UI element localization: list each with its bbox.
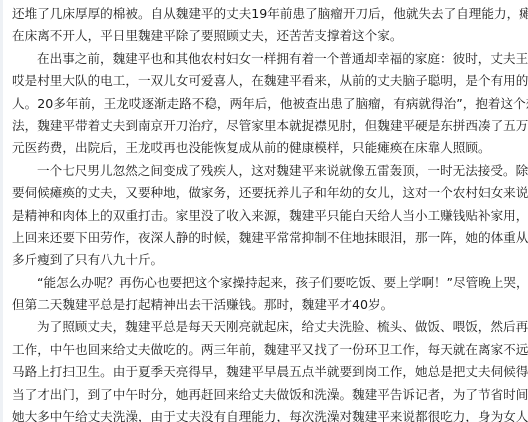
text-line: 但第二天魏建平总是打起精神出去干活赚钱。那时，魏建平才40岁。 xyxy=(12,294,524,316)
text-line: 在出事之前，魏建平也和其他农村妇女一样拥有着一个普通却幸福的家庭：彼时，丈夫王龙 xyxy=(12,48,524,70)
text-line-content: 在出事之前，魏建平也和其他农村妇女一样拥有着一个普通却幸福的家庭：彼时，丈夫王龙 xyxy=(37,51,528,66)
text-line: 还堆了几床厚厚的棉被。自从魏建平的丈夫19年前患了脑瘤开刀后，他就失去了自理能力… xyxy=(12,3,524,25)
paragraph-4: “能怎么办呢？再伤心也要把这个家操持起来，孩子们要吃饭、要上学啊！”尽管晚上哭，… xyxy=(12,272,524,317)
text-line-content: 一个七尺男儿忽然之间变成了残疾人，这对魏建平来说就像五雷轰顶，一时无法接受。除了 xyxy=(37,163,528,178)
paragraph-5: 为了照顾丈夫，魏建平总是每天天刚亮就起床，给丈夫洗脸、梳头、做饭、喂饭，然后再去… xyxy=(12,316,524,422)
text-line: 马路上打扫卫生。由于夏季天亮得早，魏建平早晨五点半就要到岗工作，她总是把丈夫伺候… xyxy=(12,361,524,383)
article-body: 还堆了几床厚厚的棉被。自从魏建平的丈夫19年前患了脑瘤开刀后，他就失去了自理能力… xyxy=(12,3,524,422)
text-line: 法，魏建平带着丈夫到南京开刀治疗，尽管家里本就捉襟见肘，但魏建平硬是东拼西凑了五… xyxy=(12,115,524,137)
text-line: 人。20多年前，王龙哎逐渐走路不稳，两年后，他被查出患了脑瘤，有病就得治”，抱着… xyxy=(12,93,524,115)
text-line: 元医药费，出院后，王龙哎再也没能恢复成从前的健康模样，只能瘫痪在床靠人照顾。 xyxy=(12,137,524,159)
paragraph-2: 在出事之前，魏建平也和其他农村妇女一样拥有着一个普通却幸福的家庭：彼时，丈夫王龙… xyxy=(12,48,524,160)
text-line: “能怎么办呢？再伤心也要把这个家操持起来，孩子们要吃饭、要上学啊！”尽管晚上哭， xyxy=(12,272,524,294)
text-line-content: “能怎么办呢？再伤心也要把这个家操持起来，孩子们要吃饭、要上学啊！”尽管晚上哭， xyxy=(37,275,528,290)
text-line: 她大多中午给丈夫洗澡，由于丈夫没有自理能力，每次洗澡对魏建平来说都很吃力，身为女… xyxy=(12,406,524,422)
paragraph-1: 还堆了几床厚厚的棉被。自从魏建平的丈夫19年前患了脑瘤开刀后，他就失去了自理能力… xyxy=(12,3,524,48)
text-line: 当了才出门，到了中午时分，她再赶回来给丈夫做饭和洗澡。魏建平告诉记者，为了节省时… xyxy=(12,384,524,406)
text-line: 多斤瘦到了只有八九十斤。 xyxy=(12,249,524,271)
text-line-content: 为了照顾丈夫，魏建平总是每天天刚亮就起床，给丈夫洗脸、梳头、做饭、喂饭，然后再去 xyxy=(37,319,528,334)
text-line: 是精神和肉体上的双重打击。家里没了收入来源，魏建平只能白天给人当小工赚钱贴补家用… xyxy=(12,205,524,227)
text-line: 一个七尺男儿忽然之间变成了残疾人，这对魏建平来说就像五雷轰顶，一时无法接受。除了 xyxy=(12,160,524,182)
text-line: 工作，中午也回来给丈夫做吃的。两三年前，魏建平又找了一份环卫工作，每天就在离家不… xyxy=(12,339,524,361)
text-line: 哎是村里大队的电工，一双儿女可爱喜人，在魏建平看来，从前的丈夫脑子聪明，是个有用… xyxy=(12,70,524,92)
text-line: 要伺候瘫痪的丈夫，又要种地，做家务，还要抚养儿子和年幼的女儿，这对一个农村妇女来… xyxy=(12,182,524,204)
text-line: 上回来还要下田劳作，夜深人静的时候，魏建平常常抑制不住地抹眼泪，那一阵，她的体重… xyxy=(12,227,524,249)
text-line: 为了照顾丈夫，魏建平总是每天天刚亮就起床，给丈夫洗脸、梳头、做饭、喂饭，然后再去 xyxy=(12,316,524,338)
text-line: 在床离不开人，平日里魏建平除了要照顾丈夫，还苦苦支撑着这个家。 xyxy=(12,25,524,47)
left-border xyxy=(0,0,3,422)
paragraph-3: 一个七尺男儿忽然之间变成了残疾人，这对魏建平来说就像五雷轰顶，一时无法接受。除了… xyxy=(12,160,524,272)
